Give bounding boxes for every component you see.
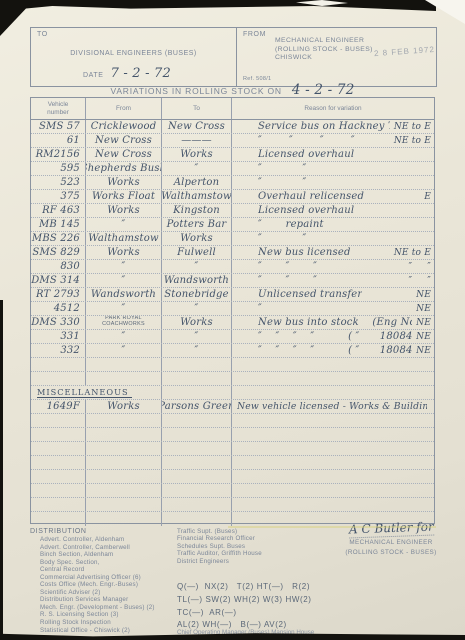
variation-note: NE	[412, 346, 431, 356]
reason-text: ″ ″ ″ ″	[258, 135, 355, 146]
to-cell: ″	[162, 330, 232, 343]
reason-text: ″ ″ ″	[258, 275, 317, 286]
from-cell: Works	[86, 400, 162, 413]
form-title: VARIATIONS IN ROLLING STOCK ON 4 - 2 - 7…	[30, 82, 435, 98]
vehicle-number-cell	[31, 512, 86, 526]
vehicle-number-cell: RT 2793	[31, 288, 86, 301]
recipients-list: Traffic Supt. (Buses)Financial Research …	[177, 528, 327, 565]
from-line-1: MECHANICAL ENGINEER	[275, 37, 373, 46]
reason-cell: ″ repaint	[232, 218, 434, 231]
recipient-item: Financial Research Officer	[177, 535, 327, 542]
reason-text: Licensed overhaul	[258, 149, 354, 160]
reason-cell: ″ ″ ″ ″ ( ″ 180841 }NE	[232, 330, 434, 343]
from-cell: Wandsworth	[86, 288, 162, 301]
table-row: MB 145″Potters Bar″ repaint	[31, 218, 434, 232]
photo-canvas: TO DIVISIONAL ENGINEERS (BUSES) DATE 7 -…	[0, 0, 465, 640]
to-cell: New Cross	[162, 120, 232, 133]
from-cell	[86, 428, 162, 441]
garage-code-line: Q(—) NX(2) T(2) HT(—) R(2)	[177, 581, 377, 594]
to-cell: Potters Bar	[162, 218, 232, 231]
vehicle-number-cell: SMS 829	[31, 246, 86, 259]
variation-note: NE to E	[390, 136, 431, 146]
from-cell: ″	[86, 344, 162, 357]
vehicle-number-cell: 523	[31, 176, 86, 189]
reason-text: Licensed overhaul	[258, 205, 354, 216]
to-cell: ———	[162, 134, 232, 147]
distribution-item: Rolling Stock Inspection	[40, 619, 176, 627]
from-cell	[86, 484, 162, 497]
rolling-stock-table: Vehicle number From To Reason for variat…	[30, 97, 435, 524]
reason-cell	[232, 484, 434, 497]
to-cell: Walthamstow	[162, 190, 232, 203]
vehicle-number-cell: DMS 330	[31, 316, 86, 329]
distribution-item: Central Record	[40, 566, 176, 574]
distribution-item: Body Spec. Section,	[40, 559, 176, 567]
to-cell: Stonebridge	[162, 288, 232, 301]
vehicle-number-cell: 830	[31, 260, 86, 273]
table-row	[31, 428, 434, 442]
from-cell	[86, 470, 162, 483]
from-cell: ″	[86, 274, 162, 287]
vehicle-number-cell: 595	[31, 162, 86, 175]
table-row: 830″″″ ″ ″″ ″	[31, 260, 434, 274]
from-cell-block: FROM MECHANICAL ENGINEER (ROLLING STOCK …	[237, 28, 436, 86]
reason-cell	[232, 358, 434, 371]
distribution-item: Advert. Controller, Camberwell	[40, 544, 176, 552]
to-cell: ″	[162, 344, 232, 357]
vehicle-number-cell: 331	[31, 330, 86, 343]
reason-text: ″ ″	[258, 177, 306, 188]
date-line: DATE 7 - 2 - 72	[83, 66, 171, 81]
table-row: 331″″″ ″ ″ ″ ( ″ 180841 }NE	[31, 330, 434, 344]
reason-cell: New bus into stock (Eng No 180840 }NE	[232, 316, 434, 329]
reason-text: New bus licensed	[258, 247, 351, 258]
garage-codes-list: Q(—) NX(2) T(2) HT(—) R(2)TL(—) SW(2) WH…	[177, 581, 377, 632]
from-cell: ″	[86, 330, 162, 343]
table-row: 332″″″ ″ ″ ″ ( ″ 180842 }NE	[31, 344, 434, 358]
from-line-2: (ROLLING STOCK - BUSES)	[275, 46, 373, 55]
distribution-item: Binch Section, Aldenham	[40, 551, 176, 559]
vehicle-number-cell	[31, 414, 86, 427]
variation-note: NE to E	[390, 248, 431, 258]
reason-cell	[232, 470, 434, 483]
vehicle-number-cell: MB 145	[31, 218, 86, 231]
garage-code-line: TC(—) AR(—)	[177, 607, 377, 620]
reason-cell: ″ ″ ″ ″ ( ″ 180842 }NE	[232, 344, 434, 357]
vehicle-number-cell: DMS 314	[31, 274, 86, 287]
vehicle-number-cell: 375	[31, 190, 86, 203]
distribution-item: Advert. Controller, Aldenham	[40, 536, 176, 544]
from-cell: Works	[86, 246, 162, 259]
recipient-item: Traffic Auditor, Griffith House	[177, 550, 327, 557]
reason-cell	[232, 456, 434, 469]
to-cell	[162, 372, 232, 385]
from-cell: Works	[86, 204, 162, 217]
vehicle-number-cell: 1649F	[31, 400, 86, 413]
vehicle-number-cell	[31, 442, 86, 455]
reason-text: Unlicensed transfer	[258, 289, 362, 300]
from-cell: Walthamstow	[86, 232, 162, 245]
distribution-block: DISTRIBUTION Advert. Controller, Aldenha…	[30, 528, 176, 634]
table-row: 375Works FloatWalthamstowOverhaul relice…	[31, 190, 434, 204]
table-row: DMS 314″Wandsworth″ ″ ″″ ″	[31, 274, 434, 288]
from-cell: Works	[86, 176, 162, 189]
reason-cell: ″ ″	[232, 232, 434, 245]
to-cell: Works	[162, 148, 232, 161]
reason-cell: ″ ″ ″″ ″	[232, 274, 434, 287]
photo-edge-left	[0, 300, 3, 640]
table-row	[31, 372, 434, 386]
distribution-item: Distribution Services Manager	[40, 596, 176, 604]
to-cell	[162, 456, 232, 469]
reason-cell: Service bus on Hackney TrainerNE to E	[232, 120, 434, 133]
to-cell-block: TO DIVISIONAL ENGINEERS (BUSES) DATE 7 -…	[31, 28, 237, 86]
from-line-3: CHISWICK	[275, 54, 373, 63]
variation-note: NE	[412, 332, 431, 342]
to-cell: Wandsworth	[162, 274, 232, 287]
date-label: DATE	[83, 72, 104, 79]
table-row: RM2156New CrossWorksLicensed overhaul	[31, 148, 434, 162]
vehicle-number-cell: 61	[31, 134, 86, 147]
reason-text: Service bus on Hackney Trainer	[258, 121, 390, 132]
vehicle-number-cell	[31, 470, 86, 483]
vehicle-number-cell: SMS 57	[31, 120, 86, 133]
letter-header: TO DIVISIONAL ENGINEERS (BUSES) DATE 7 -…	[30, 27, 437, 87]
variation-note: NE	[412, 304, 431, 314]
to-cell: Alperton	[162, 176, 232, 189]
reason-cell: Licensed overhaul	[232, 204, 434, 217]
vehicle-number-cell: RF 463	[31, 204, 86, 217]
signature-block: A C Butler for MECHANICAL ENGINEER (ROLL…	[328, 519, 454, 557]
table-row	[31, 470, 434, 484]
variation-note: E	[420, 192, 431, 202]
from-cell: ″	[86, 302, 162, 315]
distribution-item: Statistical Office - Chiswick (2)	[40, 627, 176, 635]
to-label: TO	[37, 31, 48, 38]
table-row: 4512″″″NE	[31, 302, 434, 316]
form-title-date: 4 - 2 - 72	[292, 82, 355, 98]
reason-cell: New bus licensedNE to E	[232, 246, 434, 259]
vehicle-number-cell	[31, 428, 86, 441]
from-cell: Cricklewood	[86, 120, 162, 133]
from-cell	[86, 456, 162, 469]
to-cell	[162, 428, 232, 441]
to-cell	[162, 414, 232, 427]
recipient-item: District Engineers	[177, 558, 327, 565]
distribution-item: Commercial Advertising Officer (6)	[40, 574, 176, 582]
garage-code-line: TL(—) SW(2) WH(2) W(3) HW(2)	[177, 594, 377, 607]
to-cell	[162, 498, 232, 511]
reason-text: ″	[258, 303, 262, 314]
from-cell: New Cross	[86, 134, 162, 147]
reason-text: ″ ″ ″	[258, 261, 317, 272]
from-cell: Works Float	[86, 190, 162, 203]
vehicle-number-cell: MBS 226	[31, 232, 86, 245]
distribution-item: Scientific Adviser (2)	[40, 589, 176, 597]
reason-cell: ″NE	[232, 302, 434, 315]
table-row: RT 2793WandsworthStonebridgeUnlicensed t…	[31, 288, 434, 302]
table-row: 523WorksAlperton″ ″	[31, 176, 434, 190]
table-row: DMS 330PARK ROYAL COACHWORKSWorksNew bus…	[31, 316, 434, 330]
reason-cell	[232, 428, 434, 441]
table-row	[31, 484, 434, 498]
signature: A C Butler for	[348, 520, 433, 539]
reason-text: ″ ″ ″ ″ ( ″ 180842 }	[258, 345, 412, 356]
to-cell: Fulwell	[162, 246, 232, 259]
table-row: SMS 829WorksFulwellNew bus licensedNE to…	[31, 246, 434, 260]
misc-heading-cell: MISCELLANEOUS	[31, 386, 162, 399]
from-cell: PARK ROYAL COACHWORKS	[86, 316, 162, 329]
table-row: 595Shepherds Bush″″ ″	[31, 162, 434, 176]
vehicle-number-cell	[31, 358, 86, 371]
to-cell	[162, 386, 232, 399]
vehicle-number-cell	[31, 498, 86, 511]
date-value: 7 - 2 - 72	[111, 66, 171, 81]
reason-cell	[232, 372, 434, 385]
col-header-vehicle-number: Vehicle number	[31, 98, 86, 119]
table-row	[31, 414, 434, 428]
reason-cell	[232, 442, 434, 455]
variation-note: NE	[412, 318, 431, 328]
to-cell	[162, 470, 232, 483]
to-cell: Kingston	[162, 204, 232, 217]
date-received-stamp: 2 8 FEB 1972	[374, 45, 435, 58]
table-row	[31, 442, 434, 456]
reason-cell: New vehicle licensed - Works & Building …	[232, 400, 434, 413]
reason-cell: ″ ″	[232, 162, 434, 175]
vehicle-number-cell	[31, 372, 86, 385]
to-cell: ″	[162, 302, 232, 315]
reason-text: ″ repaint	[258, 219, 324, 230]
col-header-reason: Reason for variation	[232, 98, 434, 119]
reason-text: ″ ″	[258, 163, 306, 174]
variation-note: NE	[412, 290, 431, 300]
from-cell	[86, 358, 162, 371]
variation-note: ″ ″	[405, 262, 431, 272]
reason-text: ″ ″ ″ ″ ( ″ 180841 }	[258, 331, 412, 342]
distribution-list: Advert. Controller, AldenhamAdvert. Cont…	[40, 536, 176, 634]
reason-cell: Licensed overhaul	[232, 148, 434, 161]
distribution-item: Mech. Engr. (Development - Buses) (2)	[40, 604, 176, 612]
signatory-title-1: MECHANICAL ENGINEER	[328, 539, 454, 547]
col-header-from: From	[86, 98, 162, 119]
from-label: FROM	[243, 31, 266, 38]
reason-text: New bus into stock (Eng No 180840 }	[258, 317, 412, 328]
table-row	[31, 456, 434, 470]
to-cell	[162, 484, 232, 497]
to-cell: ″	[162, 162, 232, 175]
from-cell	[86, 512, 162, 526]
reason-cell: ″ ″ ″″ ″	[232, 260, 434, 273]
from-address: MECHANICAL ENGINEER (ROLLING STOCK - BUS…	[275, 37, 373, 63]
distribution-item: Costs Office (Mech. Engr.-Buses)	[40, 581, 176, 589]
table-row	[31, 498, 434, 512]
to-value: DIVISIONAL ENGINEERS (BUSES)	[31, 50, 236, 57]
to-cell: Works	[162, 232, 232, 245]
vehicle-number-cell: 4512	[31, 302, 86, 315]
variation-note: NE to E	[390, 122, 431, 132]
to-cell: ″	[162, 260, 232, 273]
vehicle-number-cell	[31, 456, 86, 469]
table-row: 1649FWorksParsons GreenNew vehicle licen…	[31, 400, 434, 414]
scan-artifact-line	[228, 526, 436, 528]
from-cell: ″	[86, 260, 162, 273]
to-cell	[162, 512, 232, 526]
variation-note: ″ ″	[405, 276, 431, 286]
from-cell	[86, 442, 162, 455]
vehicle-number-cell	[31, 484, 86, 497]
to-cell: Parsons Green	[162, 400, 232, 413]
document-paper: TO DIVISIONAL ENGINEERS (BUSES) DATE 7 -…	[0, 0, 465, 640]
reason-text: ″ ″	[258, 233, 306, 244]
reason-cell: Overhaul relicensedE	[232, 190, 434, 203]
recipient-item: Schedules Supt. Buses	[177, 543, 327, 550]
form-title-printed: VARIATIONS IN ROLLING STOCK ON	[110, 86, 281, 96]
from-cell	[86, 498, 162, 511]
to-cell	[162, 442, 232, 455]
vehicle-number-cell: RM2156	[31, 148, 86, 161]
from-cell: Shepherds Bush	[86, 162, 162, 175]
table-row: SMS 57CricklewoodNew CrossService bus on…	[31, 120, 434, 134]
signatory-title-2: (ROLLING STOCK - BUSES)	[328, 549, 454, 557]
from-cell: ″	[86, 218, 162, 231]
to-cell	[162, 358, 232, 371]
from-cell: New Cross	[86, 148, 162, 161]
table-row: RF 463WorksKingstonLicensed overhaul	[31, 204, 434, 218]
reason-cell	[232, 386, 434, 399]
vehicle-number-cell: 332	[31, 344, 86, 357]
reason-cell: ″ ″ ″ ″NE to E	[232, 134, 434, 147]
reason-cell	[232, 414, 434, 427]
table-row: MBS 226WalthamstowWorks″ ″	[31, 232, 434, 246]
reason-cell: ″ ″	[232, 176, 434, 189]
to-cell: Works	[162, 316, 232, 329]
col-header-to: To	[162, 98, 232, 119]
distribution-item: R. S. Licensing Section (3)	[40, 611, 176, 619]
table-row: 61New Cross———″ ″ ″ ″NE to E	[31, 134, 434, 148]
table-row	[31, 358, 434, 372]
reason-text: New vehicle licensed - Works & Building …	[237, 401, 427, 412]
table-row: MISCELLANEOUS	[31, 386, 434, 400]
distribution-heading: DISTRIBUTION	[30, 528, 176, 535]
table-header-row: Vehicle number From To Reason for variat…	[31, 98, 434, 120]
table-body: SMS 57CricklewoodNew CrossService bus on…	[31, 120, 434, 526]
reason-cell: Unlicensed transferNE	[232, 288, 434, 301]
reason-text: Overhaul relicensed	[258, 191, 364, 202]
from-cell	[86, 414, 162, 427]
recipient-item: Traffic Supt. (Buses)	[177, 528, 327, 535]
from-cell	[86, 372, 162, 385]
misc-heading-text: MISCELLANEOUS	[37, 387, 132, 398]
reason-cell	[232, 498, 434, 511]
